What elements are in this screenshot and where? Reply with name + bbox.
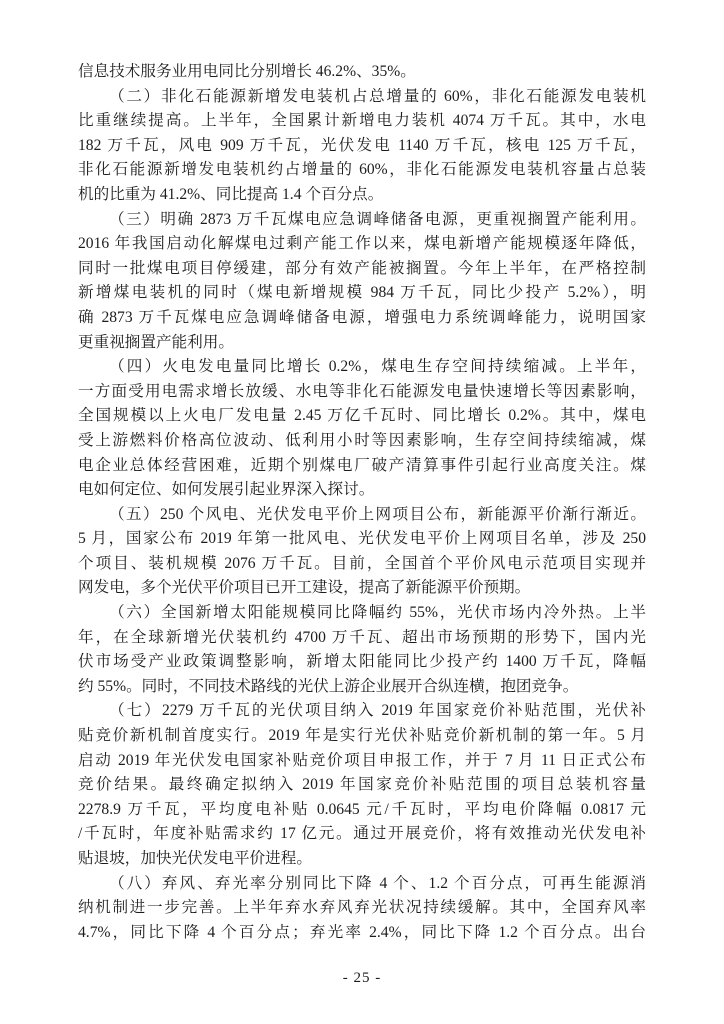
text-line: 182 万千瓦，风电 909 万千瓦，光伏发电 1140 万千瓦，核电 125 … bbox=[78, 134, 646, 159]
text-line: 更重视搁置产能利用。 bbox=[78, 331, 646, 356]
text-line: （七）2279 万千瓦的光伏项目纳入 2019 年国家竞价补贴范围，光伏补 bbox=[78, 699, 646, 724]
text-line: 2016 年我国启动化解煤电过剩产能工作以来，煤电新增产能规模逐年降低， bbox=[78, 232, 646, 257]
text-line: 电企业总体经营困难，近期个别煤电厂破产清算事件引起行业高度关注。煤 bbox=[78, 454, 646, 479]
paragraph: （二）非化石能源新增发电装机占总增量的 60%，非化石能源发电装机比重继续提高。… bbox=[78, 85, 646, 208]
text-line: 竞价结果。最终确定拟纳入 2019 年国家竞价补贴范围的项目总装机容量 bbox=[78, 773, 646, 798]
text-line: （五）250 个风电、光伏发电平价上网项目公布，新能源平价渐行渐近。 bbox=[78, 503, 646, 528]
text-line: （八）弃风、弃光率分别同比下降 4 个、1.2 个百分点，可再生能源消 bbox=[78, 872, 646, 897]
text-line: （二）非化石能源新增发电装机占总增量的 60%，非化石能源发电装机 bbox=[78, 85, 646, 110]
paragraph: （六）全国新增太阳能规模同比降幅约 55%，光伏市场内冷外热。上半年，在全球新增… bbox=[78, 601, 646, 699]
text-line: 受上游燃料价格高位波动、低利用小时等因素影响，生存空间持续缩减，煤 bbox=[78, 429, 646, 454]
text-line: 4.7%，同比下降 4 个百分点；弃光率 2.4%，同比下降 1.2 个百分点。… bbox=[78, 921, 646, 946]
document-page: { "document": { "paragraphs": [ { "inden… bbox=[0, 0, 724, 1024]
text-line: （六）全国新增太阳能规模同比降幅约 55%，光伏市场内冷外热。上半 bbox=[78, 601, 646, 626]
text-line: 一方面受用电需求增长放缓、水电等非化石能源发电量快速增长等因素影响， bbox=[78, 380, 646, 405]
text-line: （四）火电发电量同比增长 0.2%，煤电生存空间持续缩减。上半年， bbox=[78, 355, 646, 380]
text-line: 全国规模以上火电厂发电量 2.45 万亿千瓦时、同比增长 0.2%。其中，煤电 bbox=[78, 404, 646, 429]
paragraph: （八）弃风、弃光率分别同比下降 4 个、1.2 个百分点，可再生能源消纳机制进一… bbox=[78, 872, 646, 946]
text-line: /千瓦时，年度补贴需求约 17 亿元。通过开展竞价，将有效推动光伏发电补 bbox=[78, 822, 646, 847]
paragraph: 信息技术服务业用电同比分别增长 46.2%、35%。 bbox=[78, 60, 646, 85]
text-line: 个项目、装机规模 2076 万千瓦。目前，全国首个平价风电示范项目实现并 bbox=[78, 552, 646, 577]
text-line: 信息技术服务业用电同比分别增长 46.2%、35%。 bbox=[78, 60, 646, 85]
text-line: 贴退坡，加快光伏发电平价进程。 bbox=[78, 847, 646, 872]
text-line: 确 2873 万千瓦煤电应急调峰储备电源，增强电力系统调峰能力，说明国家 bbox=[78, 306, 646, 331]
text-line: 网发电，多个光伏平价项目已开工建设，提高了新能源平价预期。 bbox=[78, 576, 646, 601]
paragraph: （四）火电发电量同比增长 0.2%，煤电生存空间持续缩减。上半年，一方面受用电需… bbox=[78, 355, 646, 503]
text-line: 5 月，国家公布 2019 年第一批风电、光伏发电平价上网项目名单，涉及 250 bbox=[78, 527, 646, 552]
page-number: - 25 - bbox=[0, 970, 724, 987]
text-line: 2278.9 万千瓦，平均度电补贴 0.0645 元/千瓦时，平均电价降幅 0.… bbox=[78, 798, 646, 823]
text-line: 启动 2019 年光伏发电国家补贴竞价项目申报工作，并于 7 月 11 日正式公… bbox=[78, 749, 646, 774]
text-line: 机的比重为 41.2%、同比提高 1.4 个百分点。 bbox=[78, 183, 646, 208]
text-line: 约 55%。同时，不同技术路线的光伏上游企业展开合纵连横，抱团竞争。 bbox=[78, 675, 646, 700]
text-line: 比重继续提高。上半年，全国累计新增电力装机 4074 万千瓦。其中，水电 bbox=[78, 109, 646, 134]
text-line: 非化石能源新增发电装机约占增量的 60%，非化石能源发电装机容量占总装 bbox=[78, 158, 646, 183]
text-line: 伏市场受产业政策调整影响，新增太阳能同比少投产约 1400 万千瓦，降幅 bbox=[78, 650, 646, 675]
text-line: 年，在全球新增光伏装机约 4700 万千瓦、超出市场预期的形势下，国内光 bbox=[78, 626, 646, 651]
text-line: 同时一批煤电项目停缓建，部分有效产能被搁置。今年上半年，在严格控制 bbox=[78, 257, 646, 282]
text-line: 电如何定位、如何发展引起业界深入探讨。 bbox=[78, 478, 646, 503]
text-line: 纳机制进一步完善。上半年弃水弃风弃光状况持续缓解。其中，全国弃风率 bbox=[78, 896, 646, 921]
document-body: 信息技术服务业用电同比分别增长 46.2%、35%。（二）非化石能源新增发电装机… bbox=[78, 60, 646, 945]
paragraph: （三）明确 2873 万千瓦煤电应急调峰储备电源，更重视搁置产能利用。2016 … bbox=[78, 208, 646, 356]
text-line: 贴竞价新机制首度实行。2019 年是实行光伏补贴竞价新机制的第一年。5 月 bbox=[78, 724, 646, 749]
paragraph: （五）250 个风电、光伏发电平价上网项目公布，新能源平价渐行渐近。5 月，国家… bbox=[78, 503, 646, 601]
text-line: （三）明确 2873 万千瓦煤电应急调峰储备电源，更重视搁置产能利用。 bbox=[78, 208, 646, 233]
paragraph: （七）2279 万千瓦的光伏项目纳入 2019 年国家竞价补贴范围，光伏补贴竞价… bbox=[78, 699, 646, 871]
text-line: 新增煤电装机的同时（煤电新增规模 984 万千瓦，同比少投产 5.2%），明 bbox=[78, 281, 646, 306]
